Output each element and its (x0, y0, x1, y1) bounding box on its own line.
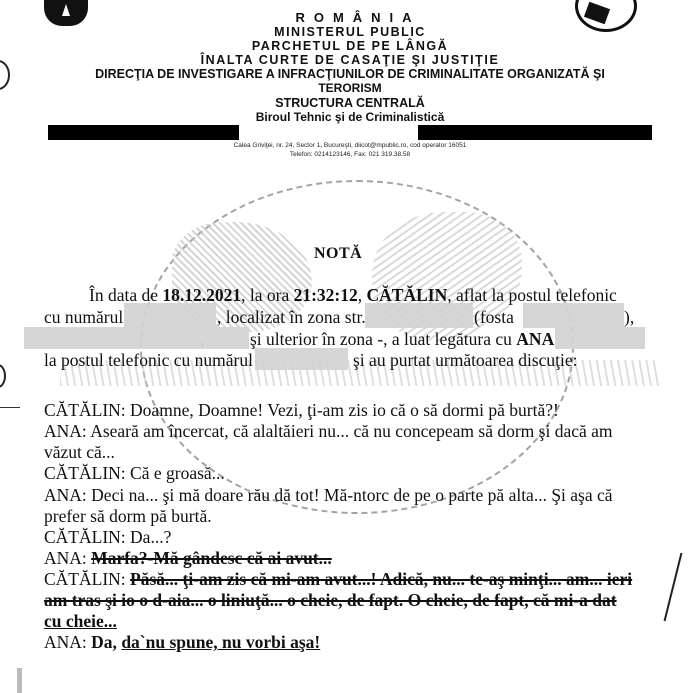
header-bureau: Biroul Tehnic şi de Criminalistică (0, 110, 700, 124)
intro-text: la postul telefonic cu numărul (44, 350, 253, 371)
redaction-box (365, 303, 473, 328)
intro-text: , localizat în zona str. (217, 307, 366, 328)
header-country: ROMÂNIA (8, 10, 700, 25)
dialogue-line: CĂTĂLIN: Păsă... ţi-am zis că mi-am avut… (44, 569, 632, 590)
header-prosecutor-office: PARCHETUL DE PE LÂNGĂ (0, 39, 700, 53)
redaction-box (124, 303, 216, 328)
header-directorate-cont: TERORISM (0, 81, 700, 95)
call-time: 21:32:12 (294, 285, 358, 305)
caller-name: CĂTĂLIN (367, 285, 448, 305)
redaction-bar (418, 125, 652, 140)
dialogue-line: ANA: Marfa?-Mă gândesc că ai avut... (44, 548, 332, 569)
scan-margin-bar (17, 668, 22, 693)
intro-text: ), (624, 307, 634, 328)
call-date: 18.12.2021 (162, 285, 241, 305)
intro-line-3: şi ulterior în zona -, a luat legătura c… (250, 329, 554, 350)
redaction-box (24, 327, 249, 349)
intro-text: (fosta (474, 307, 514, 328)
header-structure: STRUCTURA CENTRALĂ (0, 96, 700, 110)
intro-text: cu numărul (44, 307, 123, 328)
handwritten-mark (664, 553, 683, 621)
dialogue-line: CĂTĂLIN: Da...? (44, 527, 171, 548)
intro-text: şi au purtat următoarea discuţie: (353, 350, 578, 371)
dialogue-line: CĂTĂLIN: Doamne, Doamne! Vezi, ţi-am zis… (44, 400, 559, 421)
dialogue-line-cont: am tras şi io o d-aia... o liniuţă... o … (44, 590, 617, 611)
dialogue-line: ANA: Da, da`nu spune, nu vorbi aşa! (44, 632, 320, 653)
page-title: NOTĂ (314, 243, 362, 264)
header-court: ÎNALTA CURTE DE CASAŢIE ŞI JUSTIŢIE (0, 53, 700, 67)
redaction-box (523, 303, 624, 328)
scan-margin-mark (0, 364, 6, 388)
dialogue-line: ANA: Aseară am încercat, că alaltăieri n… (44, 421, 613, 442)
header-address: Calea Griviţei, nr. 24, Sector 1, Bucure… (0, 142, 700, 149)
header-ministry: MINISTERUL PUBLIC (0, 25, 700, 39)
scan-margin-mark (0, 407, 20, 408)
callee-name: ANA (516, 329, 554, 349)
header-directorate: DIRECŢIA DE INVESTIGARE A INFRACŢIUNILOR… (0, 67, 700, 81)
dialogue-line: CĂTĂLIN: Că e groasă... (44, 463, 225, 484)
dialogue-line-cont: prefer să dorm pă burtă. (44, 506, 212, 527)
redaction-bar (48, 125, 239, 140)
dialogue-line: ANA: Deci na... şi mă doare rău dă tot! … (44, 485, 613, 506)
header-phone: Telefon: 0214123146, Fax: 021 319.38.58 (0, 151, 700, 158)
dialogue-line-cont: cu cheie... (44, 611, 117, 632)
dialogue-line-cont: văzut că... (44, 442, 115, 463)
redaction-box (555, 327, 645, 349)
redaction-box (255, 348, 348, 370)
